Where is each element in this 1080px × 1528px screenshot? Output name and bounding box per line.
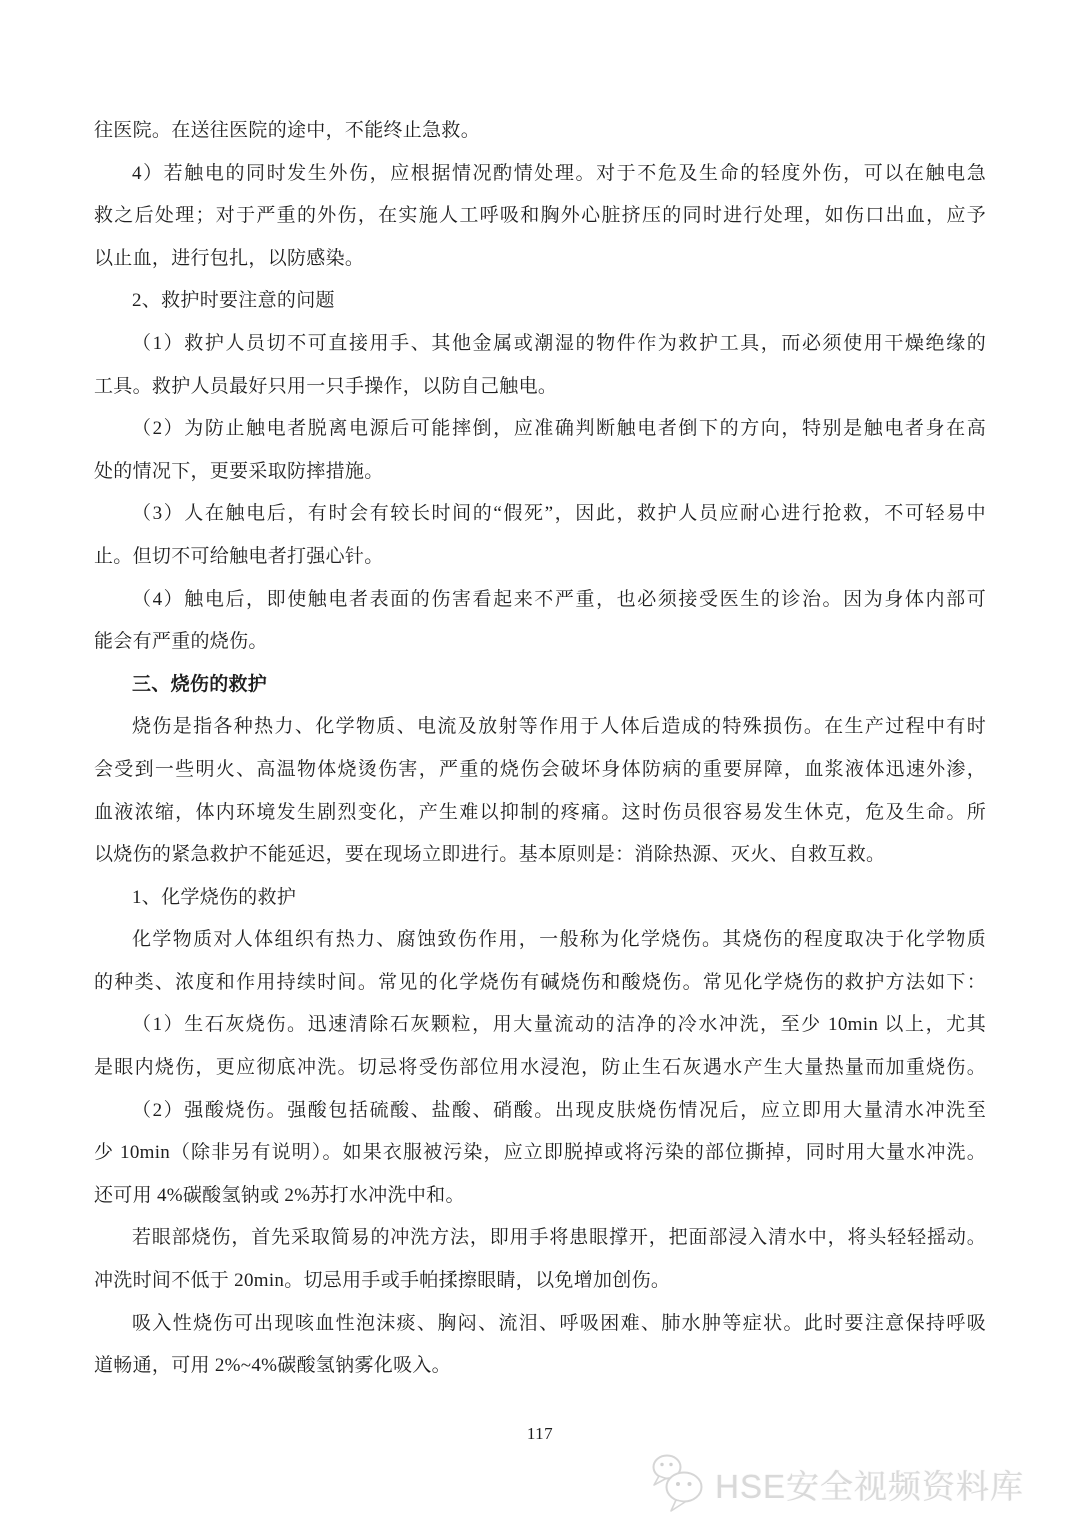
text-line: 止。但切不可给触电者打强心针。 [94,536,986,579]
text-line: 血液浓缩，体内环境发生剧烈变化，产生难以抑制的疼痛。这时伤员很容易发生休克，危及… [94,792,986,835]
text-line: （4）触电后，即使触电者表面的伤害看起来不严重，也必须接受医生的诊治。因为身体内… [94,579,986,622]
watermark-text: HSE安全视频资料库 [715,1461,1024,1508]
text-line: 救之后处理；对于严重的外伤，在实施人工呼吸和胸外心脏挤压的同时进行处理，如伤口出… [94,195,986,238]
text-line: 冲洗时间不低于 20min。切忌用手或手帕揉擦眼睛，以免增加创伤。 [94,1260,986,1303]
text-line: 还可用 4%碳酸氢钠或 2%苏打水冲洗中和。 [94,1175,986,1218]
text-line: 少 10min（除非另有说明）。如果衣服被污染，应立即脱掉或将污染的部位撕掉，同… [94,1132,986,1175]
section-heading: 三、烧伤的救护 [94,664,986,707]
document-body: 往医院。在送往医院的途中，不能终止急救。4）若触电的同时发生外伤，应根据情况酌情… [94,110,986,1388]
text-line: 2、救护时要注意的问题 [94,280,986,323]
wechat-logo-icon [651,1452,707,1516]
text-line: 会受到一些明火、高温物体烧烫伤害，严重的烧伤会破坏身体防病的重要屏障，血浆液体迅… [94,749,986,792]
watermark: HSE安全视频资料库 [651,1452,1024,1516]
text-line: （3）人在触电后，有时会有较长时间的“假死”，因此，救护人员应耐心进行抢救，不可… [94,493,986,536]
text-line: 工具。救护人员最好只用一只手操作，以防自己触电。 [94,366,986,409]
text-line: （1）生石灰烧伤。迅速清除石灰颗粒，用大量流动的洁净的冷水冲洗，至少 10min… [94,1004,986,1047]
text-line: 处的情况下，更要采取防摔措施。 [94,451,986,494]
text-line: 以止血，进行包扎，以防感染。 [94,238,986,281]
text-line: （2）强酸烧伤。强酸包括硫酸、盐酸、硝酸。出现皮肤烧伤情况后，应立即用大量清水冲… [94,1090,986,1133]
text-line: 以烧伤的紧急救护不能延迟，要在现场立即进行。基本原则是：消除热源、灭火、自救互救… [94,834,986,877]
text-line: （2）为防止触电者脱离电源后可能摔倒，应准确判断触电者倒下的方向，特别是触电者身… [94,408,986,451]
text-line: 若眼部烧伤，首先采取简易的冲洗方法，即用手将患眼撑开，把面部浸入清水中，将头轻轻… [94,1217,986,1260]
text-line: 是眼内烧伤，更应彻底冲洗。切忌将受伤部位用水浸泡，防止生石灰遇水产生大量热量而加… [94,1047,986,1090]
text-line: 4）若触电的同时发生外伤，应根据情况酌情处理。对于不危及生命的轻度外伤，可以在触… [94,153,986,196]
text-line: 的种类、浓度和作用持续时间。常见的化学烧伤有碱烧伤和酸烧伤。常见化学烧伤的救护方… [94,962,986,1005]
text-line: （1）救护人员切不可直接用手、其他金属或潮湿的物件作为救护工具，而必须使用干燥绝… [94,323,986,366]
page-number: 117 [0,1424,1080,1444]
text-line: 吸入性烧伤可出现咳血性泡沫痰、胸闷、流泪、呼吸困难、肺水肿等症状。此时要注意保持… [94,1303,986,1346]
text-line: 化学物质对人体组织有热力、腐蚀致伤作用，一般称为化学烧伤。其烧伤的程度取决于化学… [94,919,986,962]
text-line: 往医院。在送往医院的途中，不能终止急救。 [94,110,986,153]
document-page: 往医院。在送往医院的途中，不能终止急救。4）若触电的同时发生外伤，应根据情况酌情… [0,0,1080,1528]
text-line: 烧伤是指各种热力、化学物质、电流及放射等作用于人体后造成的特殊损伤。在生产过程中… [94,706,986,749]
text-line: 能会有严重的烧伤。 [94,621,986,664]
text-line: 道畅通，可用 2%~4%碳酸氢钠雾化吸入。 [94,1345,986,1388]
text-line: 1、化学烧伤的救护 [94,877,986,920]
